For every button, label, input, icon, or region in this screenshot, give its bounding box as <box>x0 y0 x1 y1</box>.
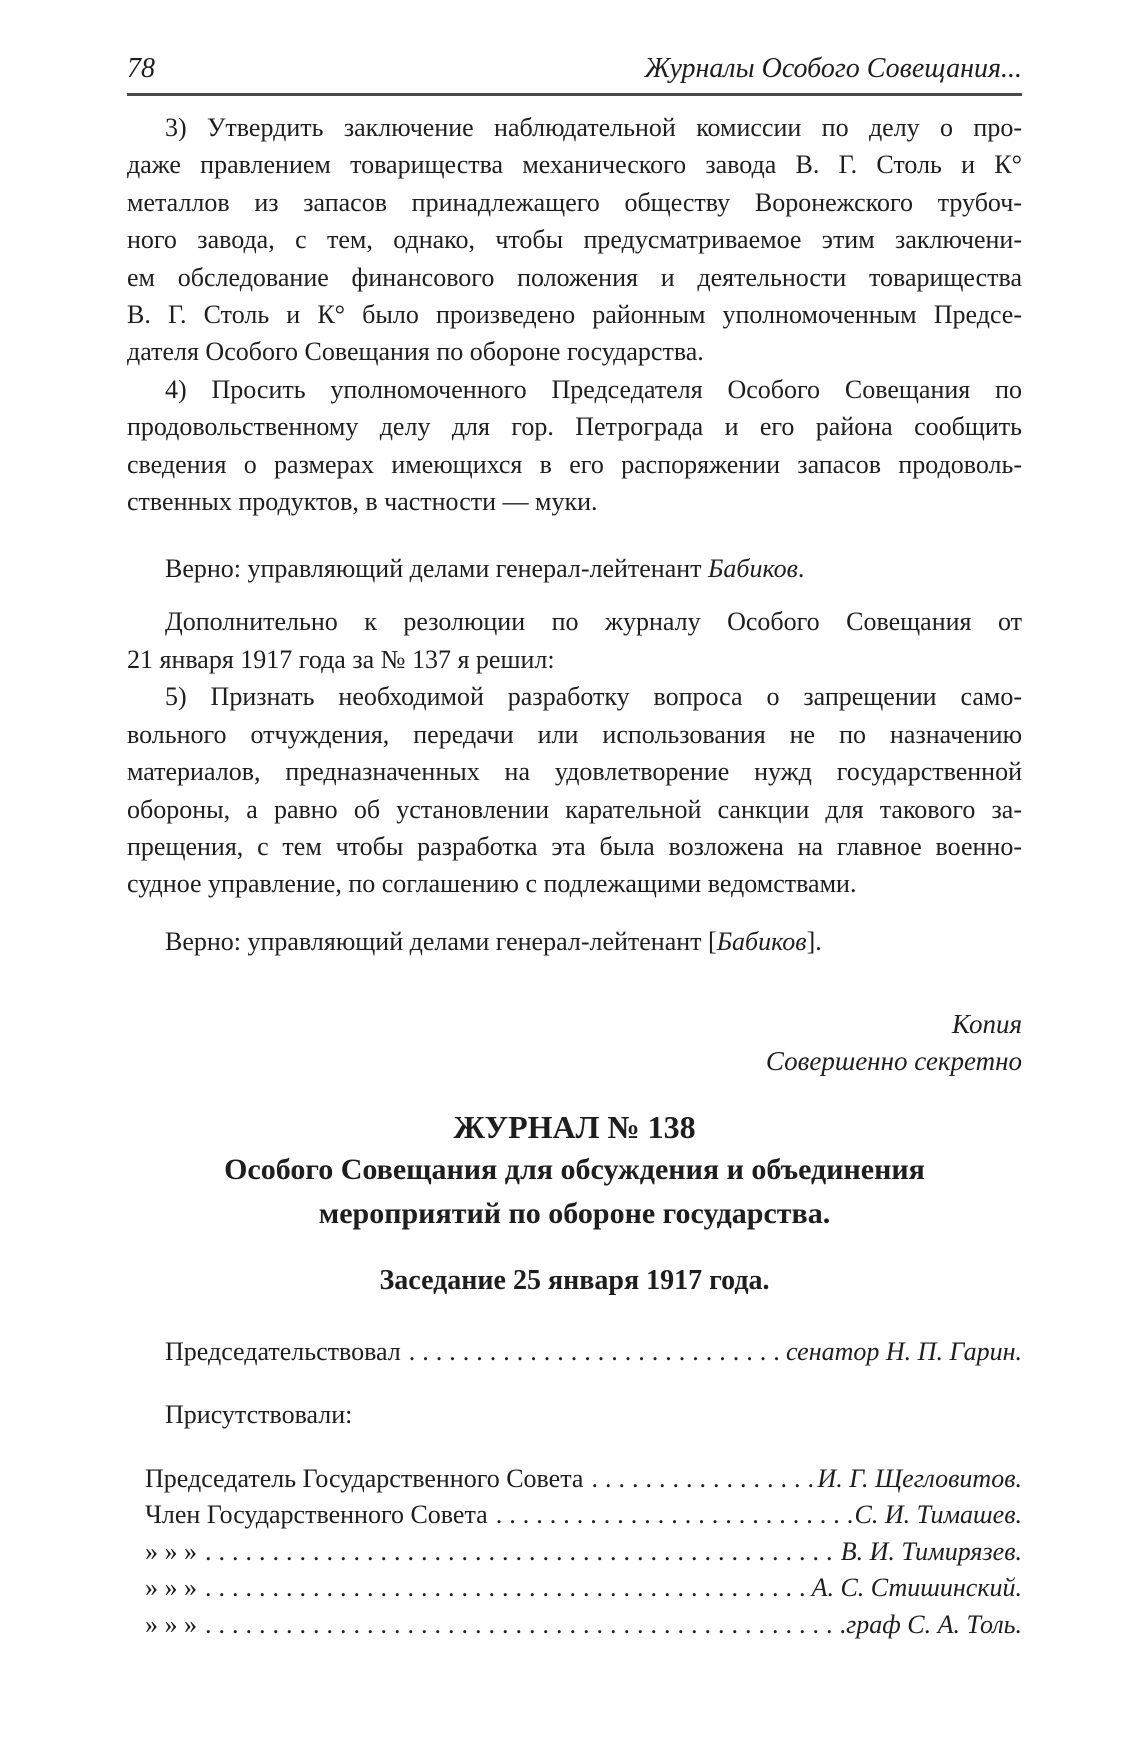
paragraph-5-line: вольного отчуждения, передачи или исполь… <box>127 716 1022 753</box>
attestation-text: Верно: управляющий делами генерал-лейтен… <box>165 554 708 583</box>
attendee-title: » » » <box>145 1607 197 1644</box>
addendum-line: Дополнительно к резолюции по журналу Осо… <box>127 603 1022 640</box>
paragraph-3-line: 3) Утвердить заключение наблюдательной к… <box>127 109 1022 146</box>
paragraph-4-line: ственных продуктов, в частности — муки. <box>127 483 1022 520</box>
attendee-row: » » » ..................................… <box>127 1607 1022 1644</box>
paragraph-5-line: 5) Признать необходимой разработку вопро… <box>127 678 1022 715</box>
secret-label: Совершенно секретно <box>127 1043 1022 1080</box>
attestation-period: ]. <box>807 927 822 956</box>
attestation-2: Верно: управляющий делами генерал-лейтен… <box>127 923 1022 960</box>
page-number: 78 <box>127 52 155 86</box>
attendee-row: » » » ..................................… <box>127 1570 1022 1607</box>
paragraph-3-line: даже правлением товарищества механическо… <box>127 146 1022 183</box>
attendee-name: С. И. Тимашев. <box>854 1497 1022 1534</box>
dot-leader: ........................................… <box>583 1461 817 1498</box>
session-heading: Заседание 25 января 1917 года. <box>127 1261 1022 1301</box>
paragraph-5-line: прещения, с тем чтобы разработка эта был… <box>127 828 1022 865</box>
addendum-line: 21 января 1917 года за № 137 я решил: <box>127 641 1022 678</box>
attendee-row: » » » ..................................… <box>127 1534 1022 1571</box>
attendee-title: » » » <box>145 1570 197 1607</box>
attendee-name: И. Г. Щегловитов. <box>817 1461 1022 1498</box>
page-content: 78 Журналы Особого Совещания... 3) Утвер… <box>127 0 1022 1643</box>
chairman-row: Председательствовал ....................… <box>127 1333 1022 1370</box>
attendee-title: Председатель Государственного Совета <box>145 1461 583 1498</box>
paragraph-4-line: 4) Просить уполномоченного Председателя … <box>127 371 1022 408</box>
paragraph-3-line: В. Г. Столь и К° было произведено районн… <box>127 296 1022 333</box>
attendee-name: граф С. А. Толь. <box>846 1607 1022 1644</box>
attendee-row: Член Государственного Совета ...........… <box>127 1497 1022 1534</box>
dot-leader: ........................................… <box>488 1497 855 1534</box>
copy-label: Копия <box>127 1006 1022 1043</box>
paragraph-5-line: материалов, предназначенных на удовлетво… <box>127 753 1022 790</box>
running-header: 78 Журналы Особого Совещания... <box>127 0 1022 86</box>
paragraph-5-line: обороны, а равно об установлении карател… <box>127 791 1022 828</box>
journal-subtitle-line2: мероприятий по обороне государства. <box>127 1192 1022 1236</box>
attendee-list: Председатель Государственного Совета ...… <box>127 1461 1022 1644</box>
paragraph-4-line: продовольственному делу для гор. Петрогр… <box>127 408 1022 445</box>
paragraph-3-line: ного завода, с тем, однако, чтобы предус… <box>127 221 1022 258</box>
paragraph-3-line: дателя Особого Совещания по обороне госу… <box>127 333 1022 370</box>
paragraph-4-line: сведения о размерах имеющихся в его расп… <box>127 446 1022 483</box>
dot-leader: ........................................… <box>401 1333 786 1370</box>
journal-subtitle-line1: Особого Совещания для обсуждения и объед… <box>127 1148 1022 1192</box>
paragraph-3-line: ем обследование финансового положения и … <box>127 259 1022 296</box>
attendee-title: Член Государственного Совета <box>145 1497 488 1534</box>
attestation-1: Верно: управляющий делами генерал-лейтен… <box>127 550 1022 587</box>
signature-name: Бабиков <box>717 927 807 956</box>
attestation-text: Верно: управляющий делами генерал-лейтен… <box>165 927 717 956</box>
resolutions-block: 3) Утвердить заключение наблюдательной к… <box>127 109 1022 520</box>
attendee-name: А. С. Стишинский. <box>812 1570 1022 1607</box>
paragraph-3-line: металлов из запасов принадлежащего общес… <box>127 184 1022 221</box>
dot-leader: ........................................… <box>197 1534 841 1571</box>
attendee-row: Председатель Государственного Совета ...… <box>127 1461 1022 1498</box>
chairman-label: Председательствовал <box>165 1333 401 1370</box>
copy-classification-block: Копия Совершенно секретно <box>127 1006 1022 1080</box>
dot-leader: ........................................… <box>197 1607 846 1644</box>
chairman-name: сенатор Н. П. Гарин. <box>786 1333 1022 1370</box>
journal-title: ЖУРНАЛ № 138 <box>127 1106 1022 1148</box>
signature-name: Бабиков <box>708 554 798 583</box>
present-label: Присутствовали: <box>127 1396 1022 1433</box>
paragraph-5-line: судное управление, по соглашению с подле… <box>127 865 1022 902</box>
book-page: 78 Журналы Особого Совещания... 3) Утвер… <box>0 0 1146 1760</box>
header-rule <box>127 93 1022 96</box>
attestation-period: . <box>798 554 805 583</box>
attendee-title: » » » <box>145 1534 197 1571</box>
attendee-name: В. И. Тимирязев. <box>841 1534 1022 1571</box>
dot-leader: ........................................… <box>197 1570 812 1607</box>
running-title: Журналы Особого Совещания... <box>645 52 1022 86</box>
addendum-block: Дополнительно к резолюции по журналу Осо… <box>127 603 1022 902</box>
